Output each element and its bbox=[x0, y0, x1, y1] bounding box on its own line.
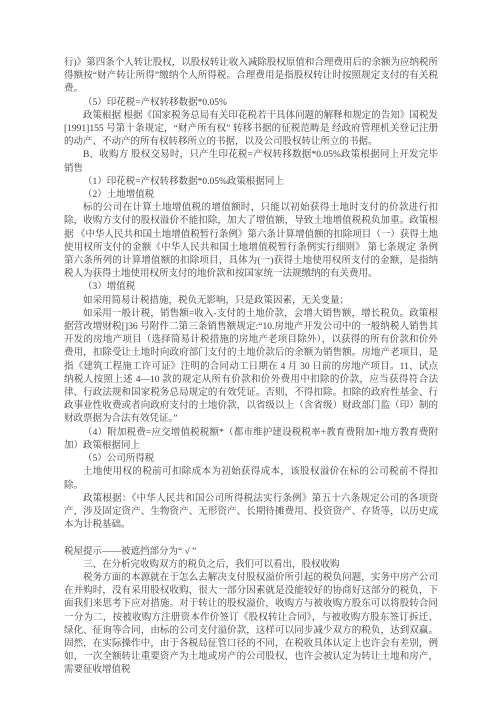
document-paragraph: （5）印花税=产权转移数据*0.05% bbox=[64, 97, 438, 110]
document-paragraph: 如采用简易计税措施，税负无影响，只是政策因素，无关变量； bbox=[64, 295, 438, 308]
document-paragraph: B、收购方 股权交易时，只产生印花税=产权转移数据*0.05%政策根据同上开发完… bbox=[64, 149, 438, 175]
document-paragraph: （2）土地增值税 bbox=[64, 189, 438, 202]
document-paragraph: 三、在分析完收购双方的税负之后，我们可以看出，股权收购 bbox=[64, 559, 438, 572]
document-paragraph: 政策根据 根据《国家税务总局有关印花税若干具体问题的解释和规定的告知》国税发[1… bbox=[64, 110, 438, 150]
document-paragraph: （3）增值税 bbox=[64, 281, 438, 294]
document-page: 行)》第四条个人转让股权，以股权转让收入减除股权原值和合理费用后的余额为应纳税所… bbox=[0, 0, 500, 707]
document-paragraph: 政策根据：《中华人民共和国公司所得税法实行条例》第五十六条规定公司的各项资产，涉… bbox=[64, 493, 438, 533]
document-text-block: 行)》第四条个人转让股权，以股权转让收入减除股权原值和合理费用后的余额为应纳税所… bbox=[64, 57, 438, 678]
document-paragraph: 如采用一般计税，销售额=收入-支付的土地价款，会增大销售额，增长税负。政策根据营… bbox=[64, 308, 438, 427]
document-paragraph: （1）印花税=产权转移数据*0.05%政策根据同上 bbox=[64, 176, 438, 189]
document-paragraph: 标的公司在计算土地增值税的增值额时，只能以初始获得土地时支付的价款进行扣除，收购… bbox=[64, 202, 438, 281]
document-paragraph: （5）公司所得税 bbox=[64, 453, 438, 466]
document-paragraph: 行)》第四条个人转让股权，以股权转让收入减除股权原值和合理费用后的余额为应纳税所… bbox=[64, 57, 438, 97]
document-paragraph: 税务方面的本源就在于怎么去解决支付股权溢价所引起的税负问题，实务中房产公司在并购… bbox=[64, 572, 438, 678]
document-note-paragraph: 税屋提示——被遮挡部分为“ √ ” bbox=[64, 546, 438, 559]
document-paragraph: 土地使用权的税前可扣除成本为初始获得成本，该股权溢价在标的公司税前不得扣除。 bbox=[64, 466, 438, 492]
document-paragraph: （4）附加税费=应交增值税税额*（都市维护建设税税率+教育费附加+地方教育费附加… bbox=[64, 427, 438, 453]
